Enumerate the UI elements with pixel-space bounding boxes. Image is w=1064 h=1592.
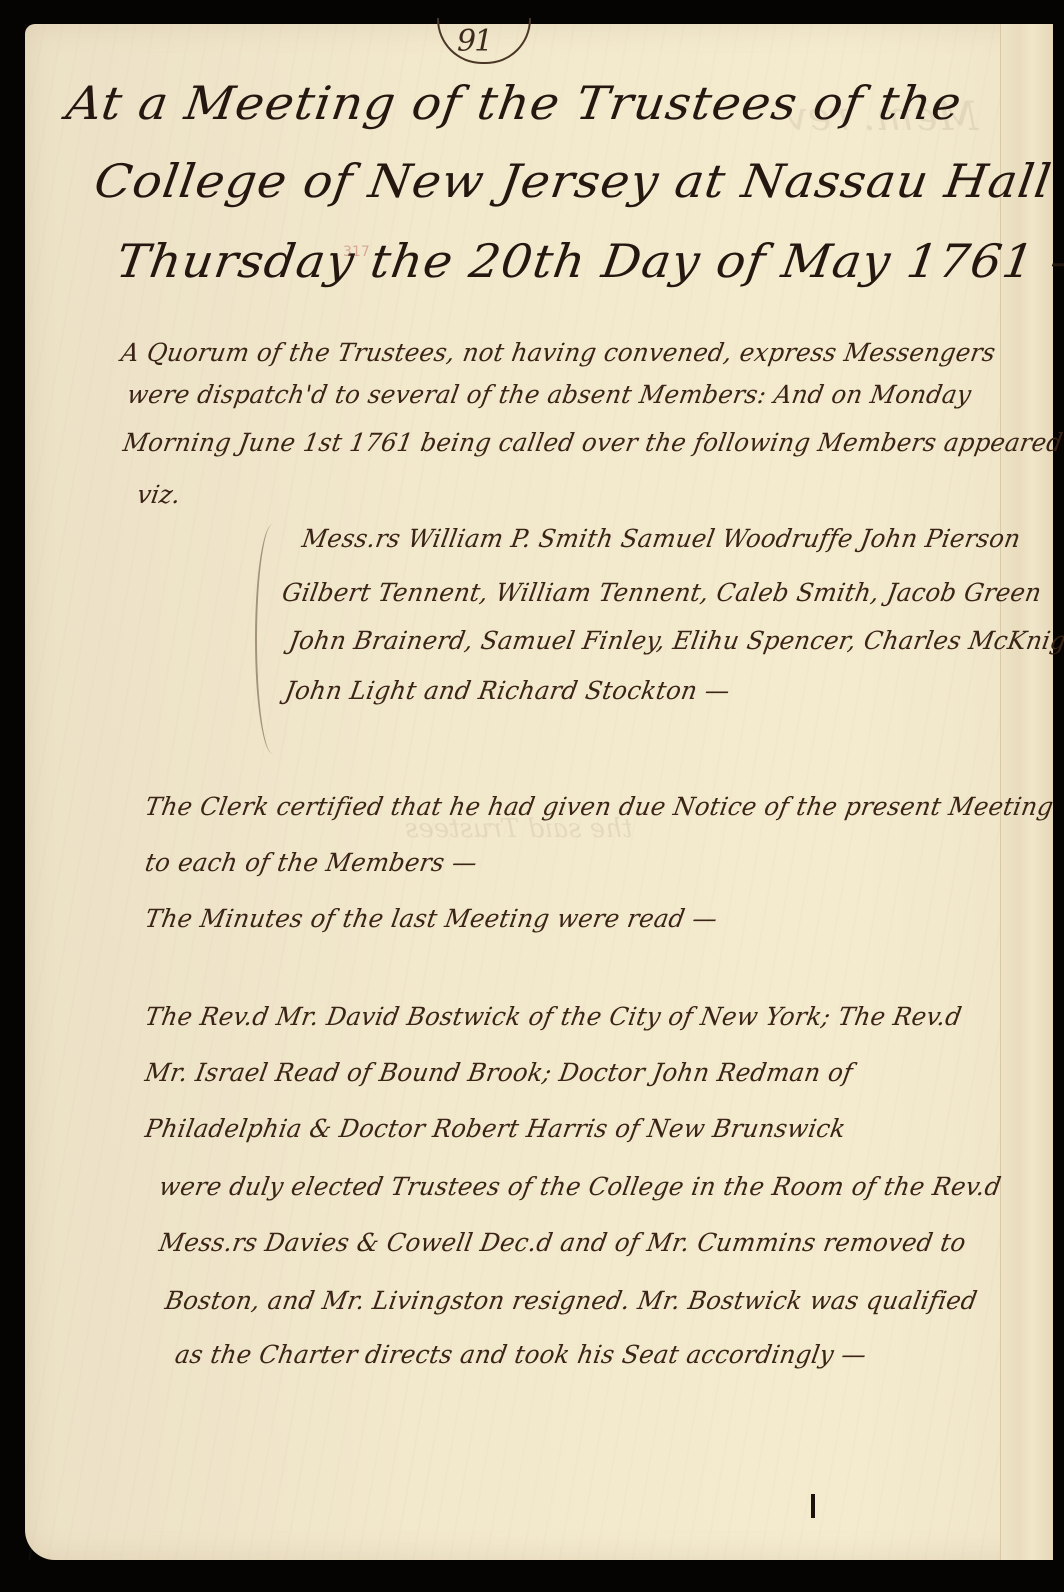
manuscript-page: Mem. rev the said Trustees 91 At a Meeti… bbox=[25, 24, 1052, 1560]
minutes-line: The Minutes of the last Meeting were rea… bbox=[143, 904, 720, 933]
members-line-3: John Brainerd, Samuel Finley, Elihu Spen… bbox=[287, 626, 1064, 655]
quorum-line-4: viz. bbox=[135, 480, 183, 509]
quorum-line-1: A Quorum of the Trustees, not having con… bbox=[119, 338, 998, 367]
pencil-annotation: 317 bbox=[343, 244, 370, 260]
election-line-2: Mr. Israel Read of Bound Brook; Doctor J… bbox=[143, 1058, 855, 1087]
clerk-line-1: The Clerk certified that he had given du… bbox=[143, 792, 1056, 821]
election-line-1: The Rev.d Mr. David Bostwick of the City… bbox=[143, 1002, 964, 1031]
election-line-7: as the Charter directs and took his Seat… bbox=[173, 1340, 869, 1369]
members-line-4: John Light and Richard Stockton — bbox=[283, 676, 732, 705]
election-line-6: Boston, and Mr. Livingston resigned. Mr.… bbox=[163, 1286, 980, 1315]
clerk-line-2: to each of the Members — bbox=[143, 848, 479, 877]
members-line-1: Mess.rs William P. Smith Samuel Woodruff… bbox=[300, 524, 1023, 553]
quorum-line-3: Morning June 1st 1761 being called over … bbox=[121, 428, 1064, 457]
members-line-2: Gilbert Tennent, William Tennent, Caleb … bbox=[280, 578, 1044, 607]
quorum-line-2: were dispatch'd to several of the absent… bbox=[125, 380, 974, 409]
election-line-3: Philadelphia & Doctor Robert Harris of N… bbox=[143, 1114, 848, 1143]
election-line-5: Mess.rs Davies & Cowell Dec.d and of Mr.… bbox=[157, 1228, 968, 1257]
heading-line-3: Thursday the 20th Day of May 1761 — bbox=[113, 234, 1064, 288]
folio-number: 91 bbox=[457, 24, 491, 59]
ink-mark bbox=[811, 1494, 815, 1518]
heading-line-1: At a Meeting of the Trustees of the bbox=[63, 76, 966, 130]
heading-line-2: College of New Jersey at Nassau Hall on bbox=[91, 154, 1064, 208]
election-line-4: were duly elected Trustees of the Colleg… bbox=[157, 1172, 1003, 1201]
members-bracket bbox=[255, 524, 291, 754]
